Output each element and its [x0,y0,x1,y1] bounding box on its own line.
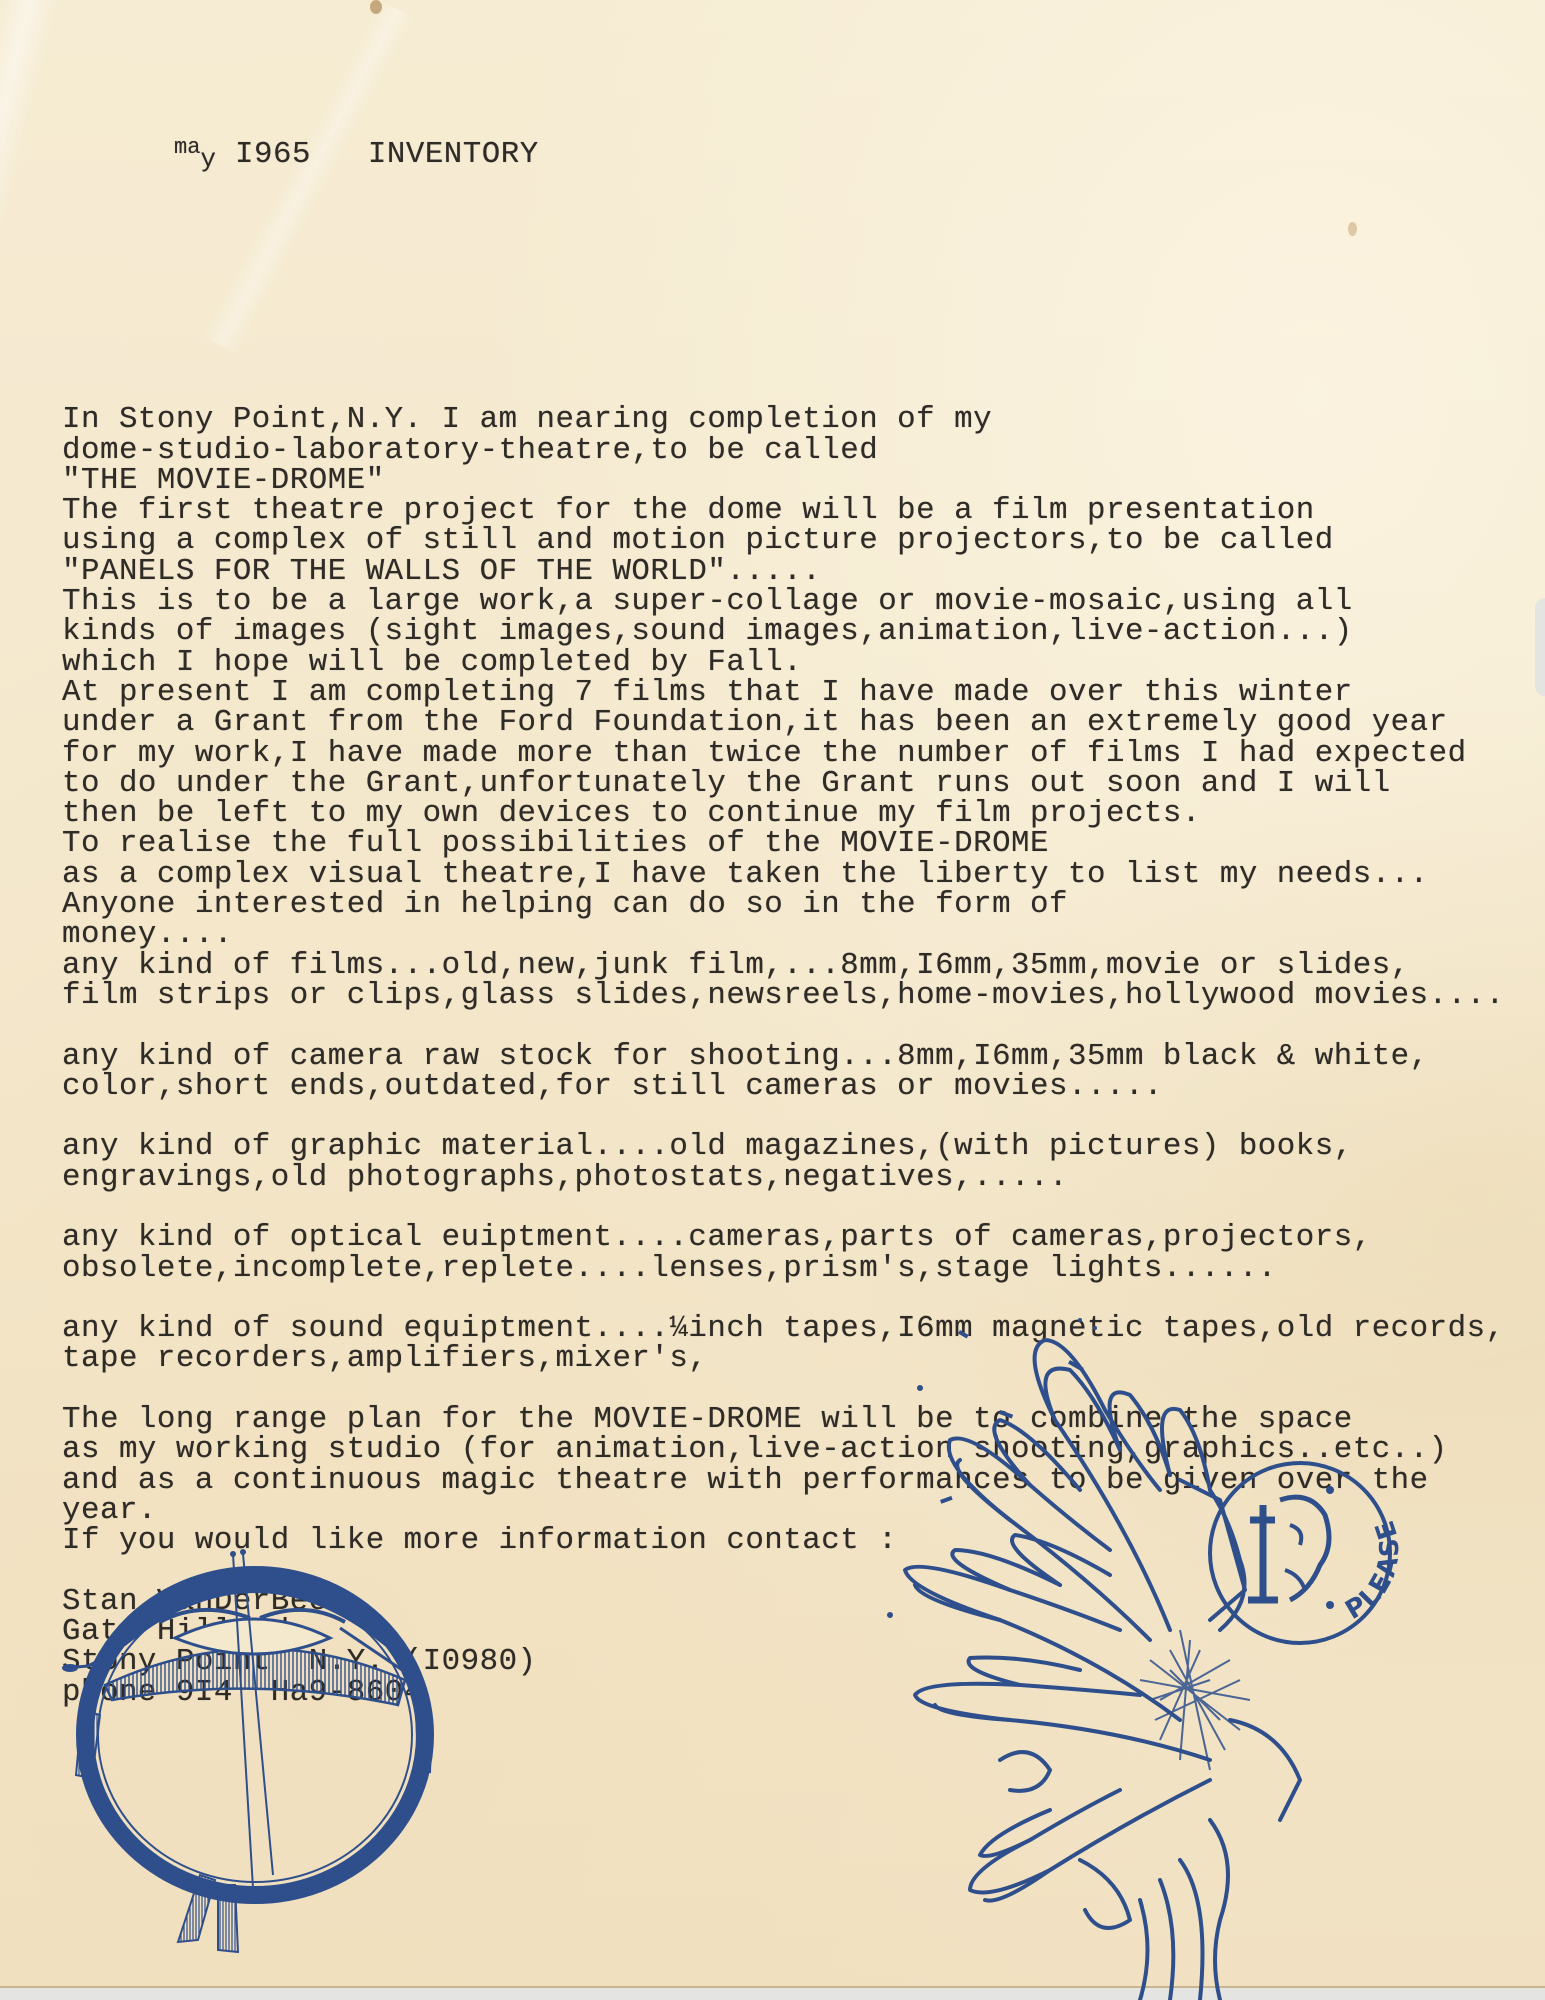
document-title: INVENTORY [368,137,539,172]
letter-line: To realise the full possibilities of the… [62,829,1505,859]
blank-line [62,1193,1505,1223]
blank-line [62,1102,1505,1132]
date-year: I965 [216,137,311,172]
eyeball-diagram-icon [60,1540,580,2000]
letter-line: money.... [62,920,1505,950]
letter-line: then be left to my own devices to contin… [62,799,1505,829]
paper-tear [1535,598,1545,696]
letter-line: Anyone interested in helping can do so i… [62,890,1505,920]
letter-line: any kind of graphic material....old maga… [62,1132,1505,1162]
letter-line: under a Grant from the Ford Foundation,i… [62,708,1505,738]
letter-line: engravings,old photographs,photostats,ne… [62,1163,1505,1193]
letter-line: which I hope will be completed by Fall. [62,648,1505,678]
date-month-suffix: y [200,144,216,174]
blank-line [62,223,1505,253]
letter-line: any kind of camera raw stock for shootin… [62,1042,1505,1072]
please-stamp-text: PLEASE [1340,1515,1405,1626]
letter-line: to do under the Grant,unfortunately the … [62,769,1505,799]
paper-stain [370,0,382,14]
letter-line: The first theatre project for the dome w… [62,496,1505,526]
svg-text:PLEASE: PLEASE [1340,1515,1405,1626]
hands-stamp-icon: PLEASE [880,1300,1545,2000]
letter-line: as a complex visual theatre,I have taken… [62,860,1505,890]
letter-line: This is to be a large work,a super-colla… [62,587,1505,617]
letter-line: for my work,I have made more than twice … [62,739,1505,769]
letter-line: using a complex of still and motion pict… [62,526,1505,556]
blank-line [62,314,1505,344]
letter-line: color,short ends,outdated,for still came… [62,1072,1505,1102]
date-month-prefix: ma [174,135,200,160]
letter-line: any kind of films...old,new,junk film,..… [62,951,1505,981]
letter-line: "PANELS FOR THE WALLS OF THE WORLD"..... [62,557,1505,587]
letter-line: film strips or clips,glass slides,newsre… [62,981,1505,1011]
letter-line: At present I am completing 7 films that … [62,678,1505,708]
letter-line: any kind of optical euiptment....cameras… [62,1223,1505,1253]
letter-line: "THE MOVIE-DROME" [62,466,1505,496]
letter-line: kinds of images (sight images,sound imag… [62,617,1505,647]
letter-line: dome-studio-laboratory-theatre,to be cal… [62,436,1505,466]
document-header: may I965 INVENTORY [62,133,1505,163]
letter-line: obsolete,incomplete,replete....lenses,pr… [62,1254,1505,1284]
blank-line [62,1011,1505,1041]
letter-line: In Stony Point,N.Y. I am nearing complet… [62,405,1505,435]
